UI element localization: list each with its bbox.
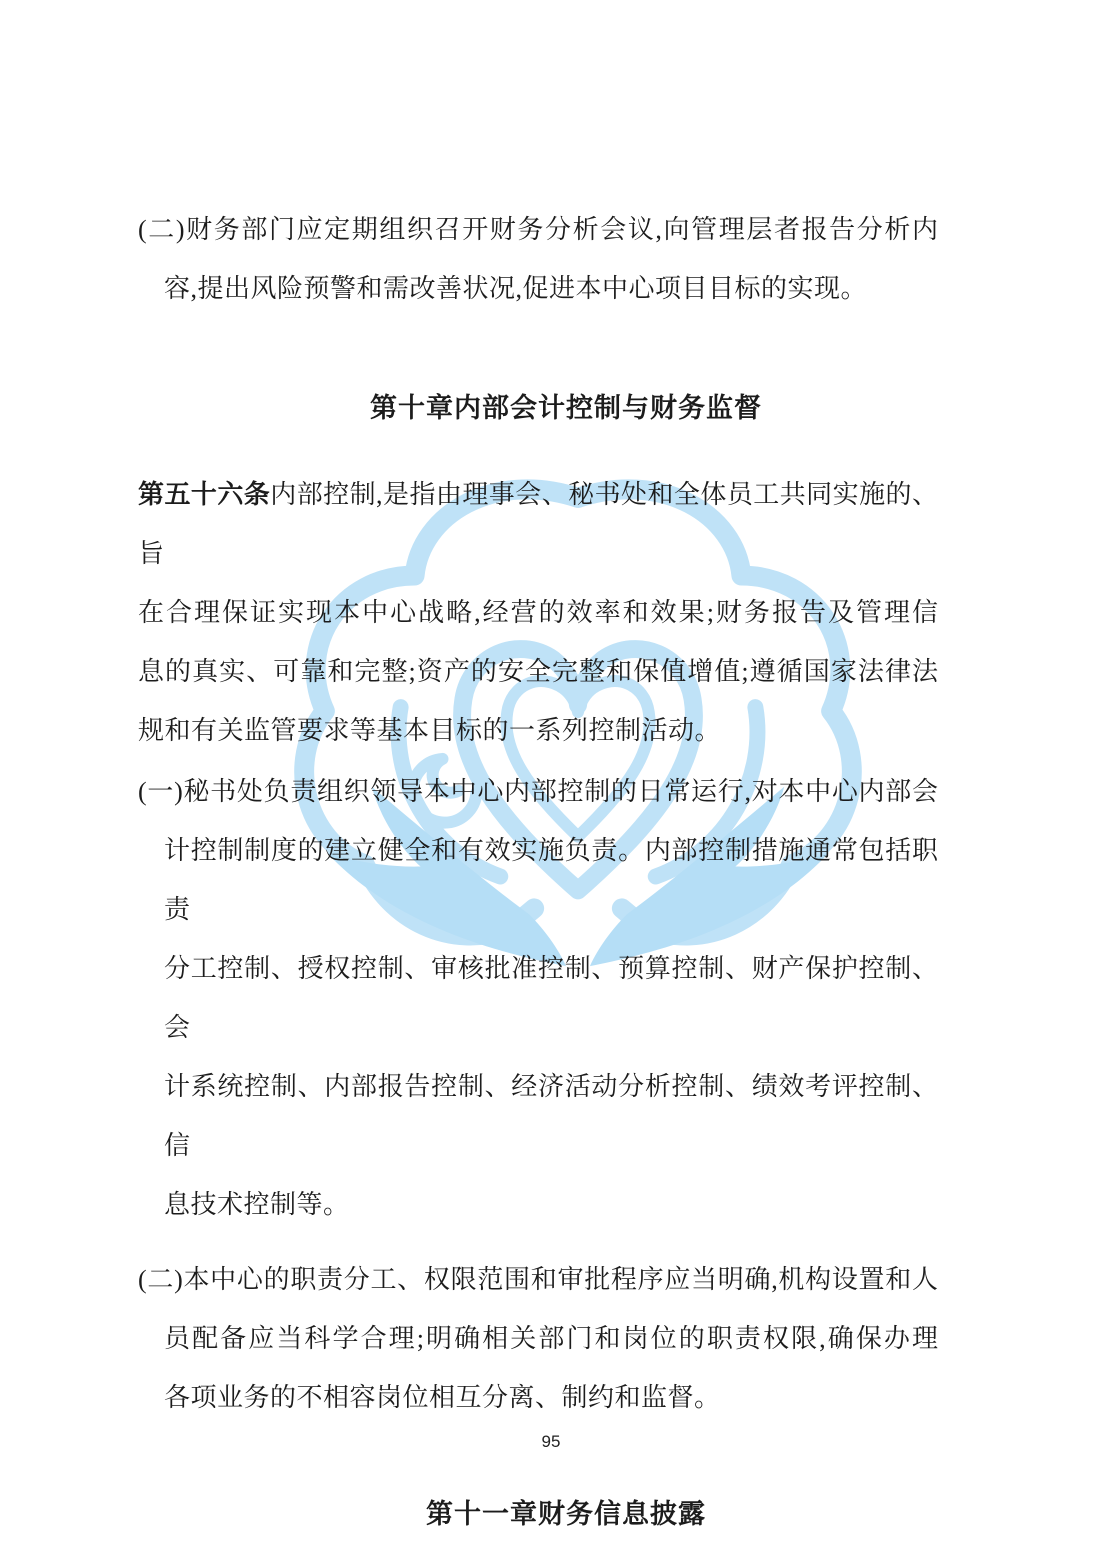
text-line: 计控制制度的建立健全和有效实施负责。内部控制措施通常包括职责 [138, 821, 938, 939]
text-line: 分工控制、授权控制、审核批准控制、预算控制、财产保护控制、会 [138, 939, 938, 1057]
text-line: (二)财务部门应定期组织召开财务分析会议,向管理层者报告分析内 [138, 200, 938, 259]
text-line: 息技术控制等。 [138, 1175, 938, 1234]
text-line: (二)本中心的职责分工、权限范围和审批程序应当明确,机构设置和人 [138, 1250, 938, 1309]
text-line: 规和有关监管要求等基本目标的一系列控制活动。 [138, 701, 938, 760]
paragraph: 第五十六条内部控制,是指由理事会、秘书处和全体员工共同实施的、旨在合理保证实现本… [138, 465, 938, 760]
paragraph: (一)秘书处负责组织领导本中心内部控制的日常运行,对本中心内部会计控制制度的建立… [138, 762, 938, 1234]
text-line: (一)秘书处负责组织领导本中心内部控制的日常运行,对本中心内部会 [138, 762, 938, 821]
text-line: 计系统控制、内部报告控制、经济活动分析控制、绩效考评控制、信 [138, 1057, 938, 1175]
paragraph: (二)本中心的职责分工、权限范围和审批程序应当明确,机构设置和人员配备应当科学合… [138, 1250, 938, 1427]
page-number: 95 [0, 1432, 1102, 1452]
text-line: 员配备应当科学合理;明确相关部门和岗位的职责权限,确保办理 [138, 1309, 938, 1368]
text-line: 容,提出风险预警和需改善状况,促进本中心项目目标的实现。 [138, 259, 938, 318]
document-page: (二)财务部门应定期组织召开财务分析会议,向管理层者报告分析内容,提出风险预警和… [0, 0, 1102, 1559]
text-line: 第五十六条内部控制,是指由理事会、秘书处和全体员工共同实施的、旨 [138, 465, 938, 583]
text-line: 在合理保证实现本中心战略,经营的效率和效果;财务报告及管理信 [138, 583, 938, 642]
chapter-heading: 第十一章财务信息披露 [138, 1485, 938, 1544]
article-number: 第五十六条 [138, 480, 270, 509]
document-body: (二)财务部门应定期组织召开财务分析会议,向管理层者报告分析内容,提出风险预警和… [138, 200, 938, 1544]
text-line: 息的真实、可靠和完整;资产的安全完整和保值增值;遵循国家法律法 [138, 642, 938, 701]
text-line: 各项业务的不相容岗位相互分离、制约和监督。 [138, 1368, 938, 1427]
chapter-heading: 第十章内部会计控制与财务监督 [138, 379, 938, 438]
paragraph: (二)财务部门应定期组织召开财务分析会议,向管理层者报告分析内容,提出风险预警和… [138, 200, 938, 318]
